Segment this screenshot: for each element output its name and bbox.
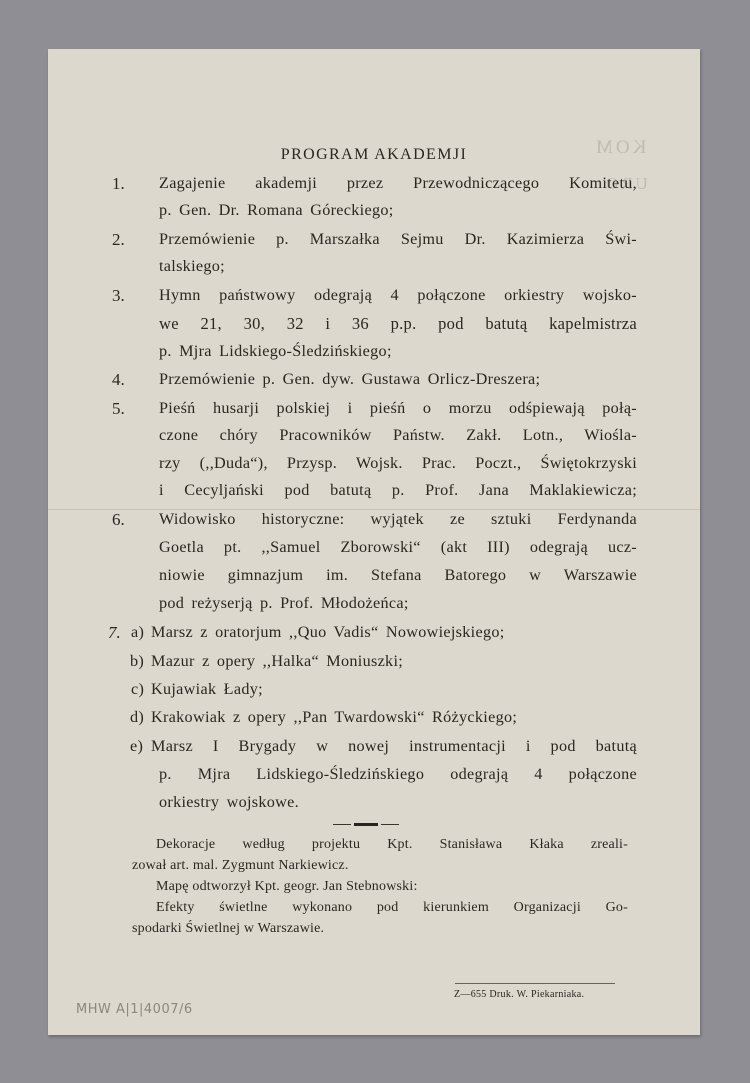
item-number: 4. — [112, 370, 125, 390]
item-line: Zagajenie akademji przez Przewodnicząceg… — [159, 174, 637, 193]
document-sheet: KOM URO PROGRAM AKADEMJI 1. Zagajenie ak… — [48, 49, 700, 1035]
item-line: Przemówienie p. Marszałka Sejmu Dr. Kazi… — [159, 230, 637, 249]
subitem-letter: e) — [130, 737, 143, 756]
item-line: p. Gen. Dr. Romana Góreckiego; — [159, 201, 394, 220]
printer-imprint: Z—655 Druk. W. Piekarniaka. — [454, 989, 584, 1000]
subitem-letter: d) — [130, 708, 144, 727]
item-line: niowie gimnazjum im. Stefana Batorego w … — [159, 566, 637, 585]
item-number: 2. — [112, 230, 125, 250]
item-line: czone chóry Pracowników Państw. Zakł. Lo… — [159, 426, 637, 445]
subitem-line: Krakowiak z opery ,,Pan Twardowski“ Róży… — [151, 708, 517, 727]
item-number: 1. — [112, 174, 125, 194]
section-divider — [333, 823, 399, 826]
item-number: 7. — [108, 623, 121, 643]
item-line: Hymn państwowy odegrają 4 połączone orki… — [159, 286, 637, 305]
item-line: pod reżyserją p. Prof. Młodożeńca; — [159, 594, 409, 613]
credit-line: Mapę odtworzył Kpt. geogr. Jan Stebnowsk… — [156, 879, 418, 895]
page-title: PROGRAM AKADEMJI — [48, 146, 700, 164]
item-line: Widowisko historyczne: wyjątek ze sztuki… — [159, 510, 637, 529]
item-line: Przemówienie p. Gen. dyw. Gustawa Orlicz… — [159, 370, 540, 389]
credit-line: Dekoracje według projektu Kpt. Stanisław… — [156, 837, 628, 853]
subitem-letter: b) — [130, 652, 144, 671]
subitem-line: orkiestry wojskowe. — [159, 793, 299, 812]
subitem-line: p. Mjra Lidskiego-Śledzińskiego odegrają… — [159, 765, 637, 784]
item-number: 6. — [112, 510, 125, 530]
credit-line: Efekty świetlne wykonano pod kierunkiem … — [156, 900, 628, 916]
item-number: 5. — [112, 399, 125, 419]
subitem-line: Marsz I Brygady w nowej instrumentacji i… — [151, 737, 637, 756]
subitem-line: Mazur z opery ,,Halka“ Moniuszki; — [151, 652, 403, 671]
subitem-line: Marsz z oratorjum ,,Quo Vadis“ Nowowiejs… — [151, 623, 505, 642]
item-line: p. Mjra Lidskiego-Śledzińskiego; — [159, 342, 392, 361]
item-line: i Cecyljański pod batutą p. Prof. Jana M… — [159, 481, 637, 500]
credit-line: spodarki Świetlnej w Warszawie. — [132, 921, 324, 937]
credit-line: zował art. mal. Zygmunt Narkiewicz. — [132, 858, 349, 874]
subitem-line: Kujawiak Łady; — [151, 680, 263, 699]
item-line: we 21, 30, 32 i 36 p.p. pod batutą kapel… — [159, 314, 637, 334]
archive-mark: MHW A|1|4007/6 — [76, 1002, 193, 1017]
subitem-letter: a) — [131, 623, 144, 642]
item-number: 3. — [112, 286, 125, 306]
subitem-letter: c) — [131, 680, 144, 699]
item-line: rzy (,,Duda“), Przysp. Wojsk. Prac. Pocz… — [159, 454, 637, 473]
imprint-rule — [455, 983, 615, 984]
item-line: Pieśń husarji polskiej i pieśń o morzu o… — [159, 399, 637, 418]
item-line: Goetla pt. ,,Samuel Zborowski“ (akt III)… — [159, 538, 637, 557]
item-line: talskiego; — [159, 257, 225, 276]
